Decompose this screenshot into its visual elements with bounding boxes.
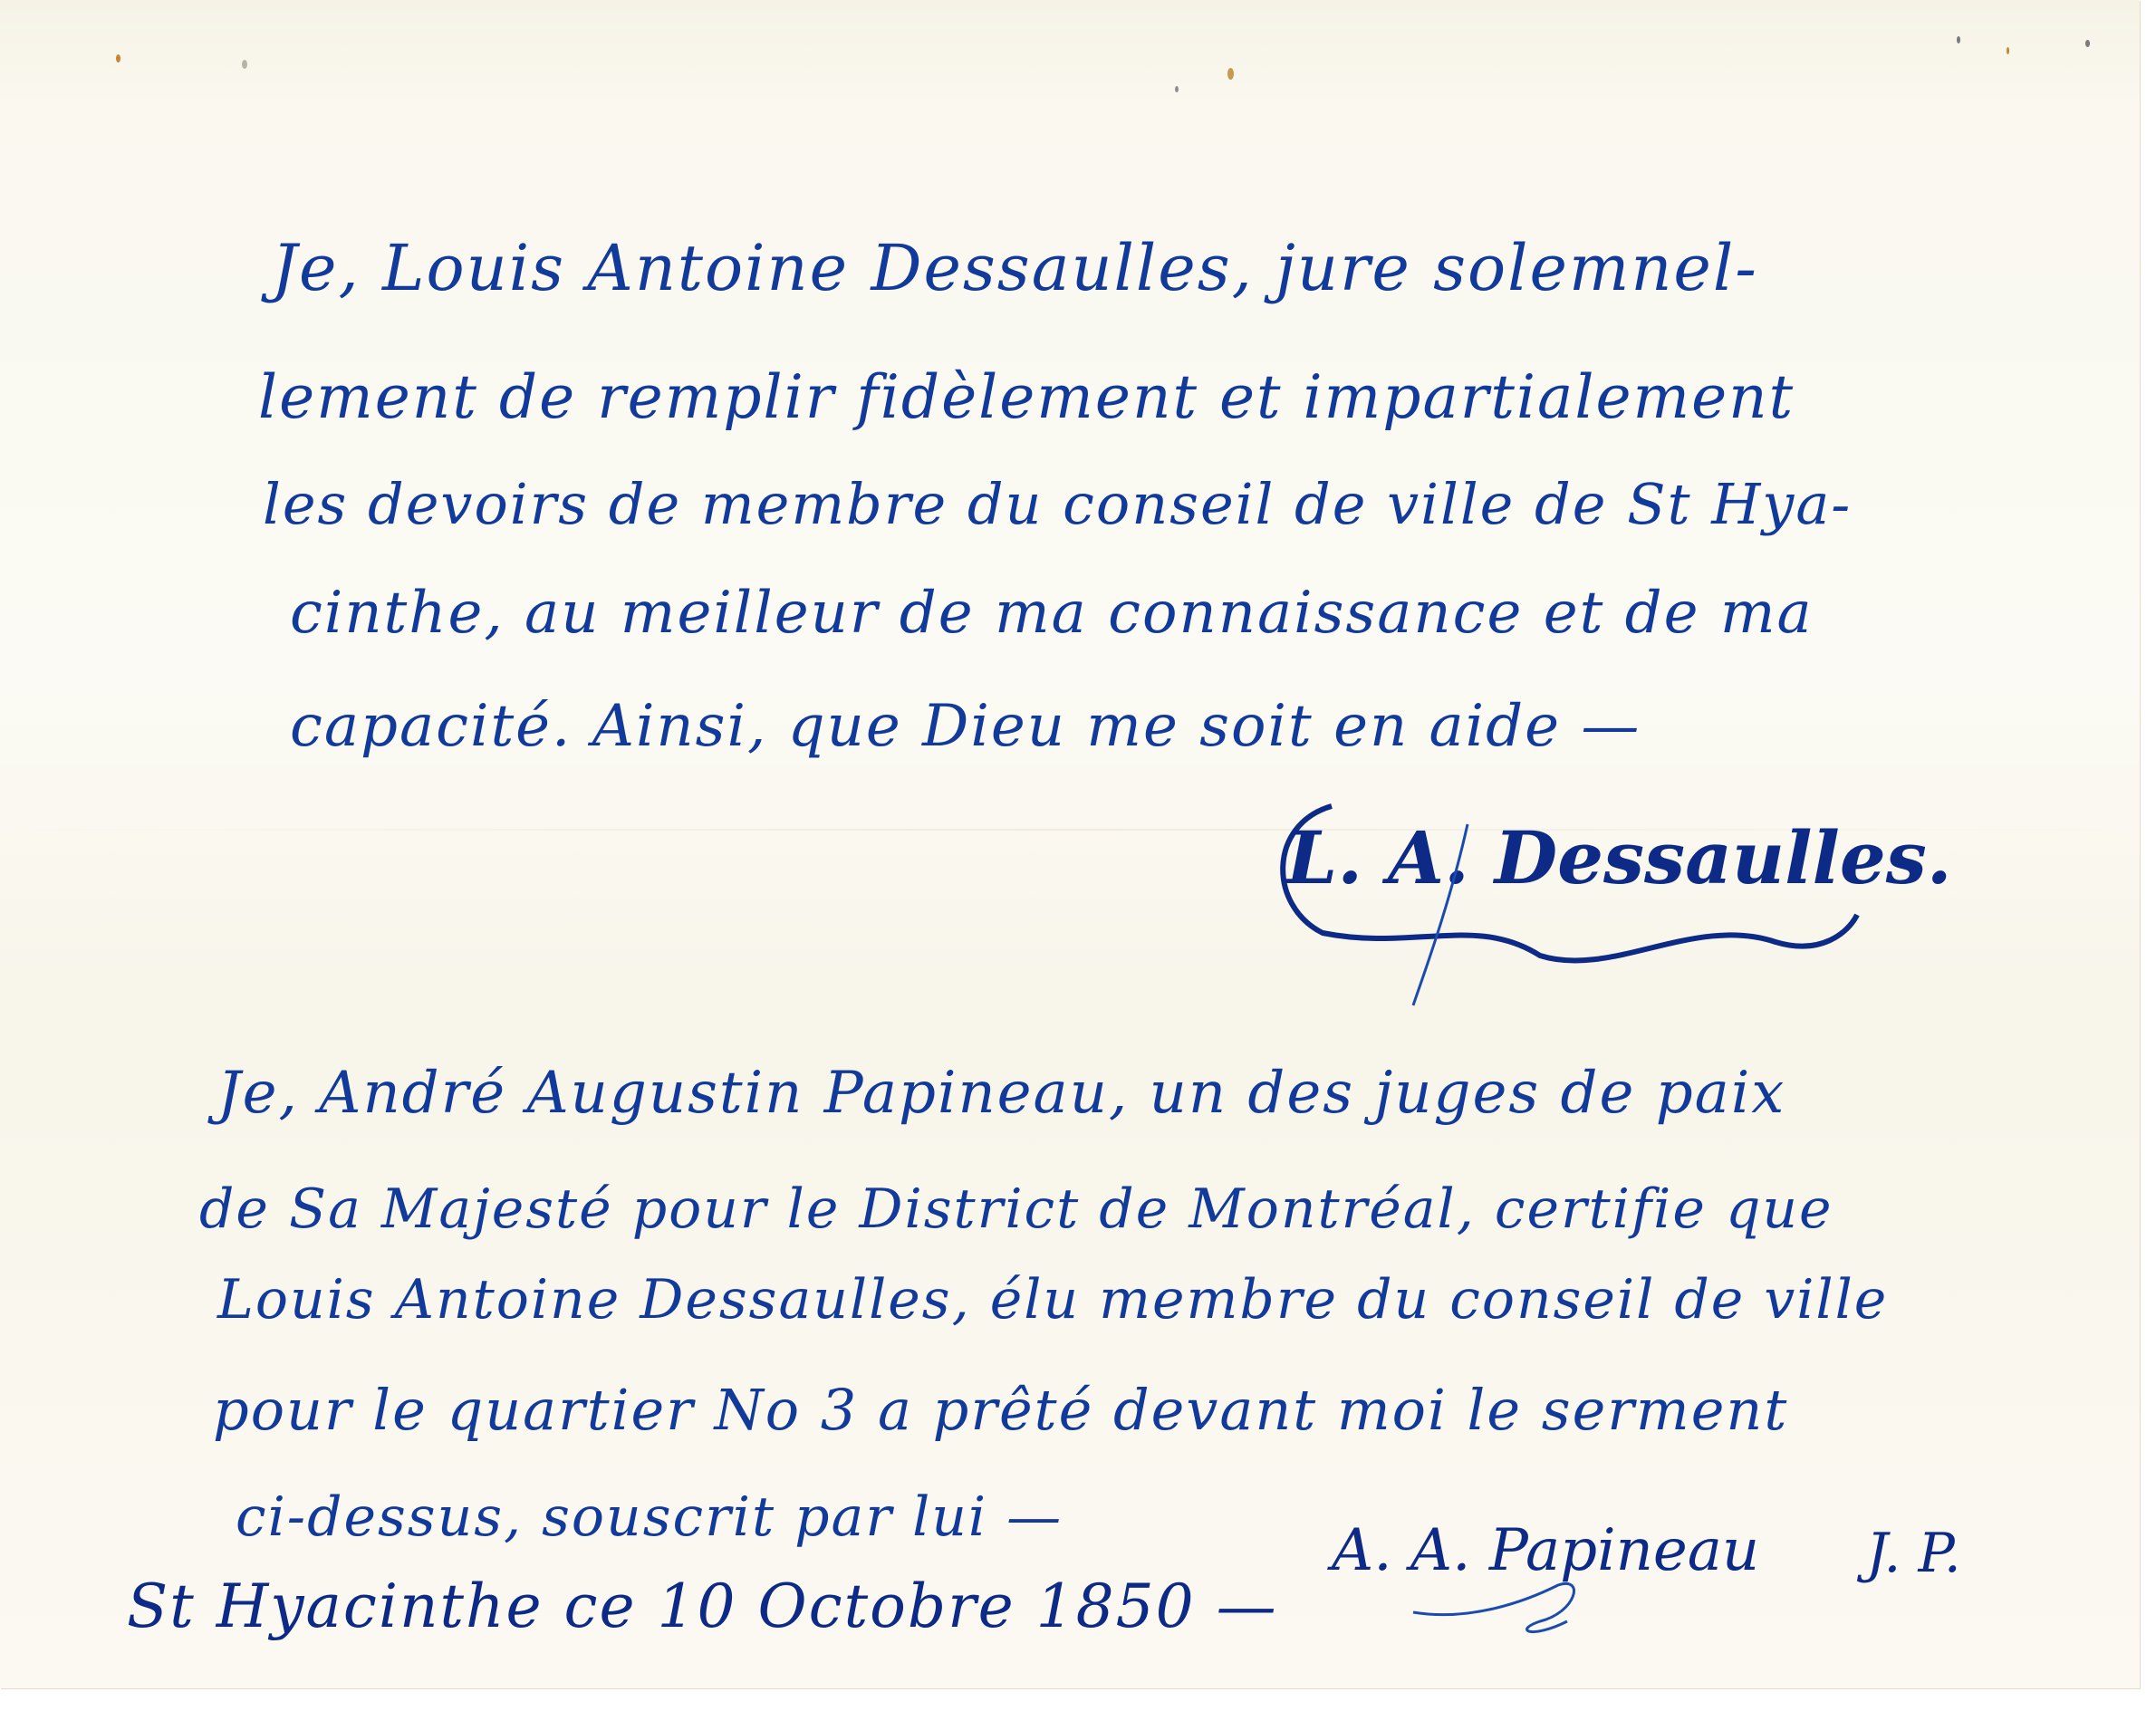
certificate-line-5: ci-dessus, souscrit par lui — [236,1485,1063,1549]
justice-title: J. P. [1866,1522,1961,1585]
oath-line-2: lement de remplir fidèlement et impartia… [258,362,1795,432]
certificate-line-2: de Sa Majesté pour le District de Montré… [199,1178,1834,1241]
paper-speck [1227,68,1234,80]
oath-line-3: les devoirs de membre du conseil de vill… [263,471,1852,537]
oath-line-5: capacité. Ainsi, que Dieu me soit en aid… [290,693,1641,760]
signature-flourish-icon [1268,797,1902,1014]
document-page: Je, Louis Antoine Dessaulles, jure solem… [0,0,2140,1688]
justice-flourish-icon [1395,1549,1667,1649]
place-date: St Hyacinthe ce 10 Octobre 1850 — [127,1572,1278,1641]
certificate-line-3: Louis Antoine Dessaulles, élu membre du … [217,1268,1888,1331]
paper-speck [2007,47,2009,54]
oath-line-4: cinthe, au meilleur de ma connaissance e… [290,580,1814,647]
paper-speck [116,54,120,62]
oath-line-1: Je, Louis Antoine Dessaulles, jure solem… [272,231,1758,305]
certificate-line-1: Je, André Augustin Papineau, un des juge… [217,1060,1785,1127]
paper-speck [242,60,247,69]
paper-speck [1175,86,1179,92]
paper-speck [2085,40,2090,47]
paper-speck [1957,36,1960,43]
certificate-line-4: pour le quartier No 3 a prêté devant moi… [213,1377,1788,1443]
